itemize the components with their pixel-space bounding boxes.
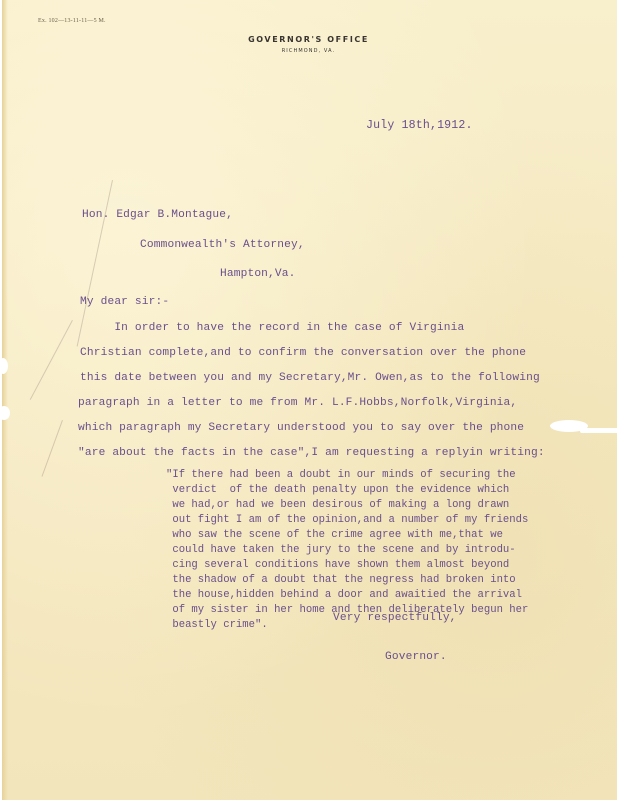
recipient-name: Hon. Edgar B.Montague, [82,209,233,221]
body-line: which paragraph my Secretary understood … [78,422,524,434]
paper-tear-right-2 [580,428,617,433]
paper-tear-left-2 [0,406,10,420]
letterhead-title: GOVERNOR'S OFFICE [0,35,617,44]
letter-date: July 18th,1912. [366,119,473,132]
quote-line: we had,or had we been desirous of making… [166,499,509,511]
quote-line: the house,hidden behind a door and await… [166,589,522,601]
recipient-title: Commonwealth's Attorney, [140,239,305,251]
paper-crease [30,320,73,400]
letterhead-location: RICHMOND, VA. [0,48,617,54]
signature-title: Governor. [385,651,447,663]
quote-line: who saw the scene of the crime agree wit… [166,529,503,541]
form-number: Ex. 102—13-11-11—5 M. [38,18,106,24]
quote-line: the shadow of a doubt that the negress h… [166,574,516,586]
paper-crease [41,420,62,477]
body-line: In order to have the record in the case … [80,322,464,334]
body-line: this date between you and my Secretary,M… [80,372,540,384]
body-line: Christian complete,and to confirm the co… [80,347,526,359]
quote-line: could have taken the jury to the scene a… [166,544,516,556]
quote-line: "If there had been a doubt in our minds … [166,469,516,481]
quote-line: out fight I am of the opinion,and a numb… [166,514,528,526]
closing: Very respectfully, [333,612,457,624]
quote-line: cing several conditions have shown them … [166,559,509,571]
quote-line: verdict of the death penalty upon the ev… [166,484,509,496]
salutation: My dear sir:- [80,296,169,308]
body-line: "are about the facts in the case",I am r… [78,447,545,459]
quote-line: beastly crime". [166,619,268,631]
recipient-city: Hampton,Va. [220,268,296,280]
paper-edge-shadow [2,0,8,800]
body-line: paragraph in a letter to me from Mr. L.F… [78,397,517,409]
